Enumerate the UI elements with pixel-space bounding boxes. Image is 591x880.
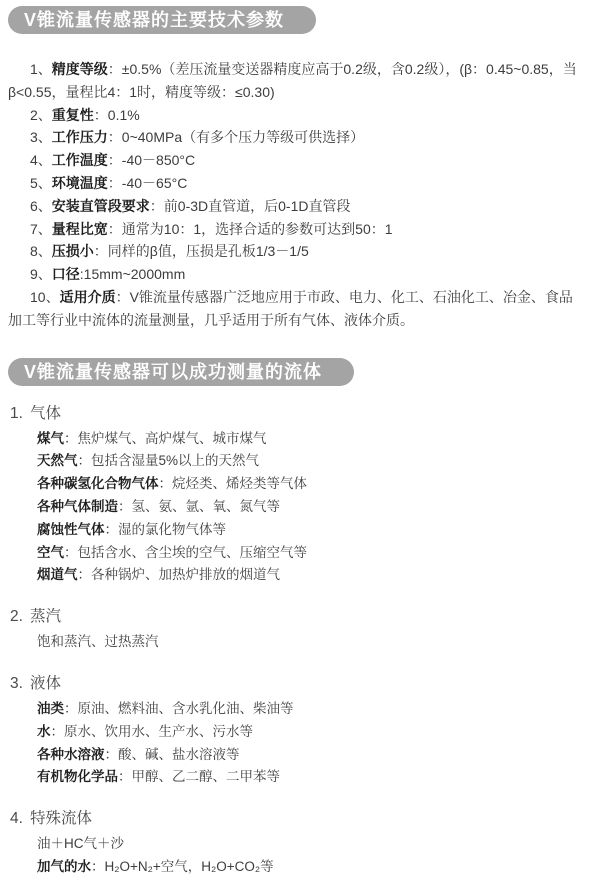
tech-item-label: 安装直管段要求 — [52, 198, 150, 214]
tech-item-text: ：0.1% — [94, 107, 140, 123]
tech-spec-list: 1、精度等级：±0.5%（差压流量变送器精度应高于0.2级，含0.2级），(β：… — [8, 58, 583, 332]
fluids-list: 1.气体 煤气：焦炉煤气、高炉煤气、城市煤气 天然气：包括含湿量5%以上的天然气… — [8, 402, 583, 879]
tech-item-text: :15mm~2000mm — [80, 266, 185, 282]
fluid-section-steam: 2.蒸汽 饱和蒸汽、过热蒸汽 — [8, 605, 583, 654]
fluid-section-name: 特殊流体 — [30, 810, 92, 827]
tech-item-number: 1、 — [30, 61, 52, 77]
tech-item: 3、工作压力：0~40MPa（有多个压力等级可供选择） — [8, 126, 579, 149]
tech-item-label: 环境温度 — [52, 175, 108, 191]
tech-item-label: 重复性 — [52, 107, 94, 123]
tech-item: 9、口径:15mm~2000mm — [8, 263, 579, 286]
fluid-section-title: 3.液体 — [10, 672, 583, 696]
tech-item: 4、工作温度：-40－850°C — [8, 149, 579, 172]
fluid-line-label: 水 — [37, 724, 51, 739]
fluid-line: 各种气体制造：氢、氨、氩、氧、氮气等 — [37, 496, 583, 519]
fluid-line-text: 油＋HC气＋沙 — [37, 836, 124, 851]
fluid-line-label: 烟道气 — [37, 567, 78, 582]
measurable-fluids-header: V锥流量传感器可以成功测量的流体 — [8, 358, 354, 386]
fluid-line: 各种水溶液：酸、碱、盐水溶液等 — [37, 744, 583, 767]
fluid-line: 有机物化学品：甲醇、乙二醇、二甲苯等 — [37, 766, 583, 789]
fluid-line-text: ：焦炉煤气、高炉煤气、城市煤气 — [64, 431, 267, 446]
tech-item-number: 3、 — [30, 129, 52, 145]
tech-item: 10、适用介质：V锥流量传感器广泛地应用于市政、电力、化工、石油化工、冶金、食品… — [8, 286, 579, 332]
fluid-line-text: ：甲醇、乙二醇、二甲苯等 — [118, 769, 280, 784]
tech-item-label: 压损小 — [52, 243, 94, 259]
fluid-line-label: 加气的水 — [37, 859, 91, 874]
tech-item-number: 6、 — [30, 198, 52, 214]
fluid-line-text: ：酸、碱、盐水溶液等 — [105, 747, 240, 762]
tech-item-text: ：前0-3D直管道，后0-1D直管段 — [150, 198, 351, 214]
tech-item: 1、精度等级：±0.5%（差压流量变送器精度应高于0.2级，含0.2级），(β：… — [8, 58, 579, 104]
tech-item-number: 5、 — [30, 175, 52, 191]
fluid-section-title: 1.气体 — [10, 402, 583, 426]
tech-params-header: V锥流量传感器的主要技术参数 — [8, 6, 316, 34]
fluid-line-text: ：各种锅炉、加热炉排放的烟道气 — [78, 567, 281, 582]
fluid-line: 烟道气：各种锅炉、加热炉排放的烟道气 — [37, 564, 583, 587]
fluid-section-number: 3. — [10, 672, 30, 696]
tech-item-label: 工作温度 — [52, 152, 108, 168]
tech-item-number: 8、 — [30, 243, 52, 259]
fluid-line: 水：原水、饮用水、生产水、污水等 — [37, 721, 583, 744]
tech-item: 6、安装直管段要求：前0-3D直管道，后0-1D直管段 — [8, 195, 579, 218]
fluid-section-special: 4.特殊流体 油＋HC气＋沙 加气的水：H₂O+N₂+空气，H₂O+CO₂等 — [8, 807, 583, 879]
fluid-section-name: 液体 — [30, 675, 61, 692]
fluid-line: 饱和蒸汽、过热蒸汽 — [37, 631, 583, 654]
fluid-section-name: 气体 — [30, 405, 61, 422]
tech-item-label: 工作压力 — [52, 129, 108, 145]
tech-params-header-label: V锥流量传感器的主要技术参数 — [24, 10, 284, 30]
fluid-section-title: 4.特殊流体 — [10, 807, 583, 831]
tech-item-label: 量程比宽 — [52, 221, 108, 237]
tech-item-number: 4、 — [30, 152, 52, 168]
fluid-line-label: 腐蚀性气体 — [37, 522, 105, 537]
fluid-line-label: 空气 — [37, 545, 64, 560]
fluid-line-label: 各种气体制造 — [37, 499, 118, 514]
fluid-line-label: 油类 — [37, 701, 64, 716]
fluid-line: 各种碳氢化合物气体：烷烃类、烯烃类等气体 — [37, 473, 583, 496]
fluid-line: 腐蚀性气体：湿的氯化物气体等 — [37, 519, 583, 542]
fluid-section-liquids: 3.液体 油类：原油、燃料油、含水乳化油、柴油等 水：原水、饮用水、生产水、污水… — [8, 672, 583, 789]
fluid-line: 煤气：焦炉煤气、高炉煤气、城市煤气 — [37, 428, 583, 451]
tech-item-number: 9、 — [30, 266, 52, 282]
fluid-line-text: ：包括含湿量5%以上的天然气 — [78, 453, 260, 468]
fluid-line-text: ：原油、燃料油、含水乳化油、柴油等 — [64, 701, 294, 716]
fluid-section-number: 2. — [10, 605, 30, 629]
fluid-line-text: ：湿的氯化物气体等 — [105, 522, 227, 537]
tech-item-text: ：同样的β值，压损是孔板1/3－1/5 — [94, 243, 309, 259]
fluid-line-text: 饱和蒸汽、过热蒸汽 — [37, 634, 159, 649]
fluid-line-text: ：氢、氨、氩、氧、氮气等 — [118, 499, 280, 514]
document-page: V锥流量传感器的主要技术参数 1、精度等级：±0.5%（差压流量变送器精度应高于… — [0, 0, 591, 879]
tech-item-label: 精度等级 — [52, 61, 108, 77]
fluid-line: 天然气：包括含湿量5%以上的天然气 — [37, 450, 583, 473]
fluid-section-name: 蒸汽 — [30, 608, 61, 625]
tech-item-text: ：0~40MPa（有多个压力等级可供选择） — [108, 129, 364, 145]
tech-item: 7、量程比宽：通常为10：1，选择合适的参数可达到50：1 — [8, 218, 579, 241]
tech-item-text: ：-40－65°C — [108, 175, 188, 191]
fluid-line-label: 各种碳氢化合物气体 — [37, 476, 159, 491]
fluid-section-title: 2.蒸汽 — [10, 605, 583, 629]
fluid-line: 空气：包括含水、含尘埃的空气、压缩空气等 — [37, 542, 583, 565]
fluid-line-label: 有机物化学品 — [37, 769, 118, 784]
tech-item-label: 适用介质 — [60, 289, 116, 305]
fluid-section-number: 4. — [10, 807, 30, 831]
tech-item-number: 2、 — [30, 107, 52, 123]
fluid-line-text: ：包括含水、含尘埃的空气、压缩空气等 — [64, 545, 307, 560]
tech-item-number: 10、 — [30, 289, 60, 305]
fluid-line: 油类：原油、燃料油、含水乳化油、柴油等 — [37, 698, 583, 721]
fluid-section-gases: 1.气体 煤气：焦炉煤气、高炉煤气、城市煤气 天然气：包括含湿量5%以上的天然气… — [8, 402, 583, 588]
fluid-line-label: 煤气 — [37, 431, 64, 446]
fluid-line-text: ：烷烃类、烯烃类等气体 — [159, 476, 308, 491]
tech-item: 2、重复性：0.1% — [8, 104, 579, 127]
fluid-line-text: ：原水、饮用水、生产水、污水等 — [51, 724, 254, 739]
fluid-line: 油＋HC气＋沙 — [37, 833, 583, 856]
fluid-line-label: 天然气 — [37, 453, 78, 468]
tech-item-text: ：-40－850°C — [108, 152, 195, 168]
fluid-line: 加气的水：H₂O+N₂+空气，H₂O+CO₂等 — [37, 856, 583, 879]
measurable-fluids-header-label: V锥流量传感器可以成功测量的流体 — [24, 362, 322, 382]
fluid-section-number: 1. — [10, 402, 30, 426]
tech-item-text: ：通常为10：1，选择合适的参数可达到50：1 — [108, 221, 393, 237]
tech-item-label: 口径 — [52, 266, 80, 282]
tech-item: 8、压损小：同样的β值，压损是孔板1/3－1/5 — [8, 240, 579, 263]
fluid-line-text: ：H₂O+N₂+空气，H₂O+CO₂等 — [91, 859, 274, 874]
tech-item: 5、环境温度：-40－65°C — [8, 172, 579, 195]
tech-item-number: 7、 — [30, 221, 52, 237]
fluid-line-label: 各种水溶液 — [37, 747, 105, 762]
